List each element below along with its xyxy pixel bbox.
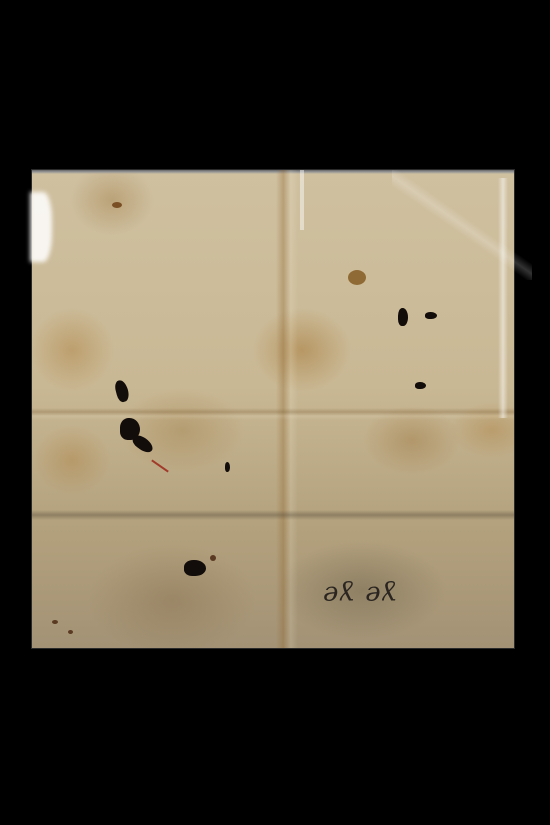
handwritten-inscription: ɣe ɣe bbox=[322, 580, 397, 610]
brown-stain-spot bbox=[112, 202, 122, 208]
brown-stain-spot bbox=[210, 555, 216, 561]
sleeve-glare-right bbox=[498, 178, 508, 418]
sleeve-glare bbox=[30, 192, 52, 262]
ink-blot-center bbox=[225, 462, 230, 472]
brown-stain-spot bbox=[348, 270, 366, 285]
brown-stain-spot bbox=[68, 630, 73, 634]
sleeve-glare-vertical bbox=[300, 170, 304, 230]
ink-blot-right-1 bbox=[398, 308, 408, 326]
horizontal-fold bbox=[32, 408, 514, 420]
ink-blot-right-2 bbox=[425, 312, 437, 319]
ink-blot-left-upper bbox=[113, 379, 130, 403]
ink-blot-bottom bbox=[184, 560, 206, 576]
brown-stain-spot bbox=[52, 620, 58, 624]
ink-blot-left-lower bbox=[131, 433, 156, 455]
sleeve-glare-diagonal bbox=[392, 170, 532, 280]
aged-sheet: ɣe ɣe bbox=[32, 170, 514, 648]
ink-blot-right-3 bbox=[415, 382, 426, 389]
red-thread-mark bbox=[151, 459, 169, 472]
horizontal-fold-lower bbox=[32, 510, 514, 520]
